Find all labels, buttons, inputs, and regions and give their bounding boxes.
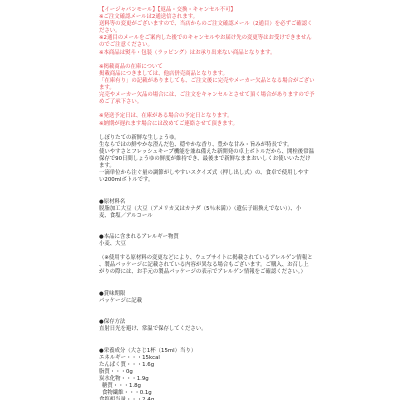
best-before-value: パッケージに記載 bbox=[99, 298, 299, 305]
description-line: い200mlボトルです。 bbox=[99, 177, 299, 184]
order-notice-line: ※本商品は熨斗・包装（ラッピング）はお承り出来ない商品となります。 bbox=[99, 50, 299, 57]
stock-notice-line: ※掲載商品の在庫について bbox=[99, 64, 299, 71]
description-line: 生ならではの鮮やかな澄んだ色、穏やかな香り、豊かな甘み・旨みが特長です。 bbox=[99, 142, 299, 149]
storage-section: ●保存方法 直射日光を避け、常温で保存してください。 bbox=[99, 319, 299, 333]
order-notice-line: のでご注意ください。 bbox=[99, 42, 299, 49]
spacer bbox=[99, 128, 299, 135]
allergens-note-line: がりの際には、お手元の製品パッケージの表示でアレルゲン情報をご確認ください。） bbox=[99, 269, 299, 276]
stock-notice-line: めご了承下さい。 bbox=[99, 99, 299, 106]
nutrition-heading: ●栄養成分（大さじ1杯（15ml）当り） bbox=[99, 348, 299, 355]
best-before-heading: ●賞味期限 bbox=[99, 291, 299, 298]
spacer bbox=[99, 184, 299, 198]
allergens-heading: ●本品に含まれるアレルギー物質 bbox=[99, 234, 299, 241]
shipping-notice-section: ※発送予定日は、在庫がある場合の予定日となります。 ※納期が遅れます場合には改め… bbox=[99, 113, 299, 127]
nutrition-row-sub: 糖質・・・1.8g bbox=[99, 383, 299, 390]
ingredients-line: 脱脂加工大豆（大豆（アメリカ又はカナダ（5％未満））（遺伝子組換えでない））、小 bbox=[99, 206, 299, 213]
product-description-document: 【イージャパンモール】【返品・交換・キャンセル不可】 ※ご注文確認メールは2通送… bbox=[99, 7, 299, 400]
ingredients-section: ●原材料名 脱脂加工大豆（大豆（アメリカ又はカナダ（5％未満））（遺伝子組換えで… bbox=[99, 199, 299, 220]
spacer bbox=[99, 333, 299, 347]
spacer bbox=[99, 220, 299, 234]
ingredients-line: 麦、食塩／アルコール bbox=[99, 213, 299, 220]
shipping-notice-line: ※納期が遅れます場合には改めてご連絡させて頂きます。 bbox=[99, 121, 299, 128]
stock-notice-section: ※掲載商品の在庫について 掲載商品につきましては、他店併売商品となります。 「在… bbox=[99, 64, 299, 107]
order-notice-section: 【イージャパンモール】【返品・交換・キャンセル不可】 ※ご注文確認メールは2通送… bbox=[99, 7, 299, 57]
allergens-value: 小麦、大豆 bbox=[99, 241, 299, 248]
best-before-section: ●賞味期限 パッケージに記載 bbox=[99, 291, 299, 305]
ingredients-heading: ●原材料名 bbox=[99, 199, 299, 206]
allergens-section: ●本品に含まれるアレルギー物質 小麦、大豆 （※使用する原材料の変更などにより、… bbox=[99, 234, 299, 277]
order-notice-line: 送料等の変更がございますので、当店からのご注文確認メール（2通目）を必ずご確認く bbox=[99, 21, 299, 28]
nutrition-row: エネルギー・・・15kcal bbox=[99, 355, 299, 362]
nutrition-row: 脂質・・・0g bbox=[99, 369, 299, 376]
spacer bbox=[99, 57, 299, 64]
shipping-notice-line: ※発送予定日は、在庫がある場合の予定日となります。 bbox=[99, 113, 299, 120]
product-description-section: しぼりたての新鮮な生しょうゆ。 生ならではの鮮やかな澄んだ色、穏やかな香り、豊か… bbox=[99, 135, 299, 185]
nutrition-section: ●栄養成分（大さじ1杯（15ml）当り） エネルギー・・・15kcal たんぱく… bbox=[99, 348, 299, 400]
stock-notice-line: 掲載商品につきましては、他店併売商品となります。 bbox=[99, 71, 299, 78]
stock-notice-line: 「在庫有り」の記載がありましても、ご注文後に完売やメーカー欠品となる場合がござい bbox=[99, 78, 299, 85]
nutrition-row: たんぱく質・・・1.6g bbox=[99, 362, 299, 369]
spacer bbox=[99, 277, 299, 291]
storage-value: 直射日光を避け、常温で保存してください。 bbox=[99, 326, 299, 333]
description-line: 保存で90日間しょうゆの鮮度が維持でき、最後まで新鮮なままおいしくお使いいただけ bbox=[99, 156, 299, 163]
description-line: 使いやすさとフレッシュキープ機能を兼ね備えた新開発の卓上ボトルだから、開栓後常温 bbox=[99, 149, 299, 156]
description-line: しぼりたての新鮮な生しょうゆ。 bbox=[99, 135, 299, 142]
nutrition-row: 炭水化物・・・1.9g bbox=[99, 376, 299, 383]
spacer bbox=[99, 305, 299, 319]
